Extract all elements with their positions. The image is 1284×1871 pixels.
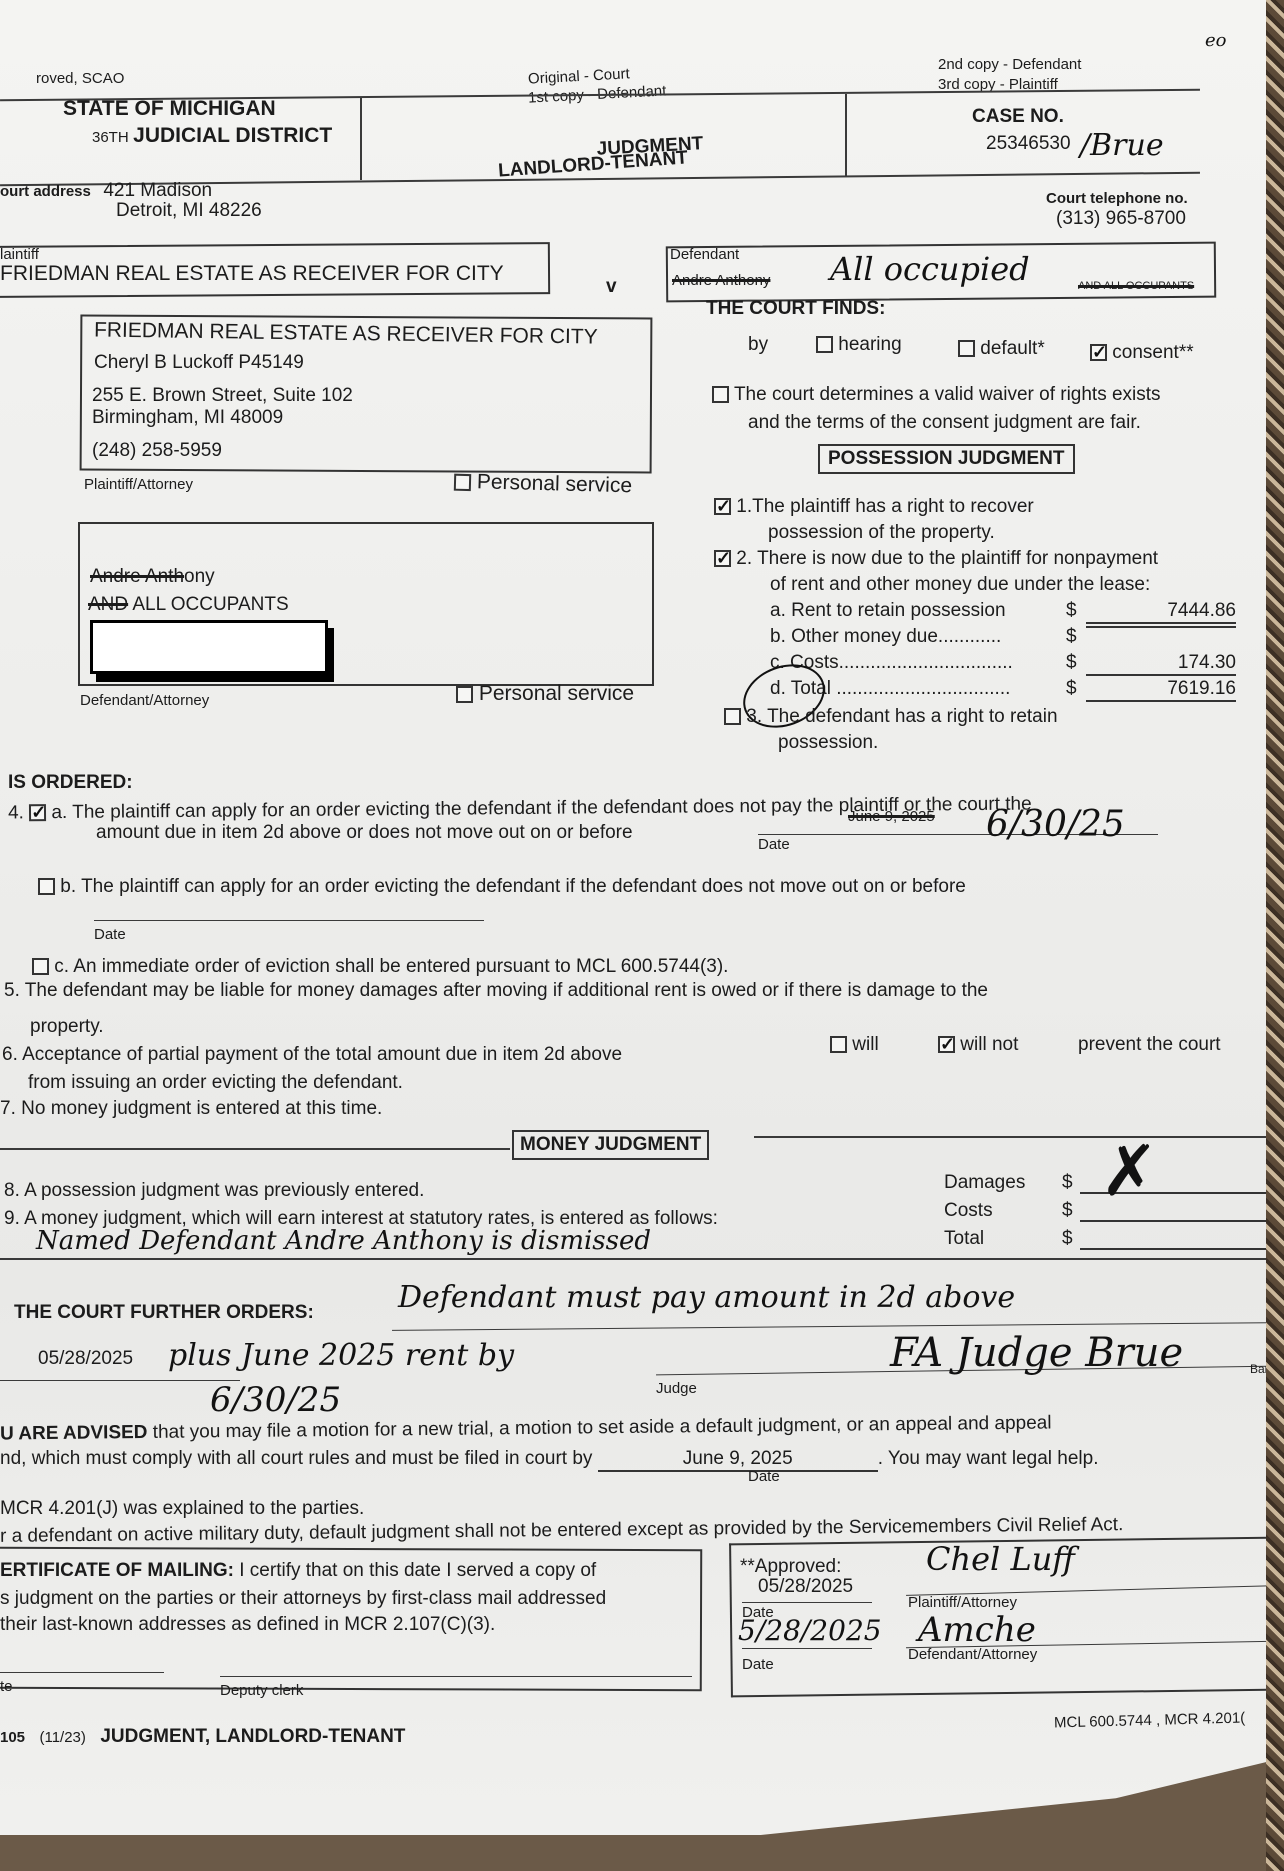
case-no-label: CASE NO.	[972, 106, 1064, 128]
money-currency: $	[1062, 1228, 1073, 1250]
item6-will-not[interactable]: will not	[938, 1034, 1018, 1056]
advisory-date-label: Date	[748, 1468, 780, 1485]
plaintiff-name: FRIEDMAN REAL ESTATE AS RECEIVER FOR CIT…	[0, 262, 504, 286]
strike-x-mark: ✗	[1100, 1130, 1159, 1212]
money-rule-left	[0, 1148, 510, 1150]
approval-date-line-2	[742, 1648, 872, 1649]
defendant-attorney-name-struck: Andre Anth	[90, 566, 184, 587]
amount-row: b. Other money due............$	[770, 626, 1240, 652]
deputy-clerk-line	[220, 1676, 692, 1677]
judge-signature: FA Judge Brue	[890, 1330, 1183, 1376]
amount-value: 7444.86	[1086, 600, 1236, 624]
possession-item1[interactable]: 1.The plaintiff has a right to recover	[714, 496, 1034, 518]
amounts-due-list: a. Rent to retain possession$7444.86b. O…	[770, 600, 1240, 704]
corner-mark: eo	[1205, 30, 1227, 51]
order-item5-line2: property.	[30, 1016, 104, 1038]
will-checkbox[interactable]	[830, 1036, 847, 1053]
advisory-deadline: June 9, 2025	[598, 1448, 878, 1472]
court-form-page: roved, SCAO Original - Court 1st copy - …	[0, 0, 1268, 1835]
amount-currency: $	[1066, 652, 1077, 674]
header-divider-1	[360, 98, 362, 180]
court-address-label: ourt address	[0, 183, 91, 200]
money-bottom-rule	[0, 1258, 1272, 1260]
item6-will[interactable]: will	[830, 1034, 879, 1056]
amount-label: a. Rent to retain possession	[770, 600, 1006, 621]
court-phone-label: Court telephone no.	[1046, 190, 1188, 207]
court-address-line2: Detroit, MI 48226	[116, 200, 262, 222]
defendant-attorney-and-struck: AND	[88, 594, 128, 615]
order-item7: 7. No money judgment is entered at this …	[0, 1098, 382, 1120]
versus: v	[606, 276, 617, 298]
amount-row: a. Rent to retain possession$7444.86	[770, 600, 1240, 626]
deputy-clerk-label: Deputy clerk	[220, 1682, 303, 1699]
hearing-checkbox[interactable]	[816, 336, 833, 353]
money-currency: $	[1062, 1172, 1073, 1194]
item6-tail: prevent the court	[1078, 1034, 1221, 1056]
item4a-date-handwritten: 6/30/25	[986, 804, 1125, 845]
defendant-attorney-signature: Amche	[918, 1610, 1036, 1650]
plaintiff-attorney-label: Plaintiff/Attorney	[84, 476, 193, 493]
finding-consent[interactable]: consent**	[1090, 342, 1194, 364]
waiver-finding[interactable]: The court determines a valid waiver of r…	[712, 384, 1161, 406]
possession-judgment-title: POSSESSION JUDGMENT	[818, 444, 1075, 474]
item4a-date-label: Date	[758, 836, 790, 853]
defendant-attorney-name-rest: ony	[184, 566, 215, 587]
money-row: Total$	[944, 1228, 1274, 1256]
plaintiff-attorney-phone: (248) 258-5959	[92, 440, 222, 462]
advisory-line-2: nd, which must comply with all court rul…	[0, 1448, 1098, 1472]
plaintiff-attorney-signature: Chel Luff	[926, 1540, 1075, 1578]
item2-checkbox[interactable]	[714, 550, 731, 567]
amount-value	[1086, 626, 1236, 628]
defendant-label: Defendant	[670, 246, 739, 263]
item3-checkbox[interactable]	[724, 708, 741, 725]
money-item8: 8. A possession judgment was previously …	[4, 1180, 424, 1202]
redaction-block	[90, 620, 328, 674]
footer-title: JUDGMENT, LANDLORD-TENANT	[100, 1726, 405, 1747]
approval-date-2: 5/28/2025	[738, 1614, 882, 1647]
district-prefix: 36TH	[92, 129, 129, 146]
defendant-name: Andre Anthony	[672, 272, 770, 289]
amount-value: 7619.16	[1086, 678, 1236, 702]
order-item6: 6. Acceptance of partial payment of the …	[2, 1044, 622, 1066]
order-item4b[interactable]: b. The plaintiff can apply for an order …	[38, 876, 966, 898]
will-not-checkbox[interactable]	[938, 1036, 955, 1053]
amount-row: c. Costs................................…	[770, 652, 1240, 678]
amount-row: d. Total ...............................…	[770, 678, 1240, 704]
certificate-date-label: te	[0, 1678, 13, 1695]
plaintiff-label: laintiff	[0, 246, 39, 263]
ordered-title: IS ORDERED:	[8, 772, 133, 794]
approval-date-line-1	[742, 1602, 872, 1603]
defendant-attorney-sig-label: Defendant/Attorney	[908, 1646, 1037, 1663]
order-item5: 5. The defendant may be liable for money…	[4, 980, 988, 1002]
dismissal-note: Named Defendant Andre Anthony is dismiss…	[36, 1226, 651, 1256]
certificate-line-3: their last-known addresses as defined in…	[0, 1614, 495, 1636]
certificate-line-2: s judgment on the parties or their attor…	[0, 1588, 606, 1610]
approved-label: **Approved:	[740, 1556, 841, 1578]
item4a-date-typed: June 9, 2025	[848, 808, 935, 825]
plaintiff-attorney-sig-label: Plaintiff/Attorney	[908, 1594, 1017, 1611]
further-orders-date-line	[0, 1380, 240, 1381]
amount-label: b. Other money due............	[770, 626, 1001, 647]
possession-item1-line2: possession of the property.	[768, 522, 995, 544]
money-label: Total	[944, 1228, 984, 1249]
amount-value: 174.30	[1086, 652, 1236, 676]
possession-item3[interactable]: 3. The defendant has a right to retain	[724, 706, 1058, 728]
order-item4a-line2: amount due in item 2d above or does not …	[96, 822, 633, 844]
money-judgment-title: MONEY JUDGMENT	[512, 1130, 709, 1160]
possession-item2-line2: of rent and other money due under the le…	[770, 574, 1150, 596]
footer-citation: MCL 600.5744 , MCR 4.201(	[1054, 1710, 1246, 1732]
waiver-text-2: and the terms of the consent judgment ar…	[748, 412, 1141, 434]
plaintiff-attorney-address2: Birmingham, MI 48009	[92, 407, 283, 429]
background-carpet	[1266, 0, 1284, 1871]
certificate-date-line	[0, 1672, 164, 1673]
header-divider-2	[845, 94, 847, 176]
possession-item2[interactable]: 2. There is now due to the plaintiff for…	[714, 548, 1158, 570]
item1-checkbox[interactable]	[714, 498, 731, 515]
defendant-personal-service[interactable]: Personal service	[456, 682, 634, 706]
defendant-handwritten: All occupied	[830, 250, 1030, 288]
consent-checkbox[interactable]	[1090, 344, 1107, 361]
certificate-line-1: ERTIFICATE OF MAILING: I certify that on…	[0, 1560, 596, 1582]
defendant-attorney-occupants: ALL OCCUPANTS	[128, 594, 289, 615]
approval-date-1: 05/28/2025	[758, 1576, 853, 1598]
approval-date-label-2: Date	[742, 1656, 774, 1673]
mcr-explained: MCR 4.201(J) was explained to the partie…	[0, 1498, 364, 1520]
order-item4c[interactable]: c. An immediate order of eviction shall …	[32, 956, 728, 978]
finding-hearing[interactable]: hearing	[816, 334, 902, 356]
judge-label: Judge	[656, 1380, 697, 1397]
state-name: STATE OF MICHIGAN	[63, 97, 276, 121]
item4c-checkbox[interactable]	[32, 958, 49, 975]
defendant-attorney-label: Defendant/Attorney	[80, 692, 209, 709]
amount-currency: $	[1066, 678, 1077, 700]
possession-item3-line2: possession.	[778, 732, 878, 754]
order-item6-line2: from issuing an order evicting the defen…	[28, 1072, 403, 1094]
money-label: Damages	[944, 1172, 1025, 1193]
item4a-checkbox[interactable]	[29, 805, 46, 822]
further-orders-handwritten-2: plus June 2025 rent by	[168, 1338, 514, 1373]
default-checkbox[interactable]	[958, 340, 975, 357]
further-orders-handwritten-3: 6/30/25	[210, 1380, 341, 1420]
defendant-suffix: AND ALL OCCUPANTS	[1078, 280, 1194, 292]
money-label: Costs	[944, 1200, 993, 1221]
case-no: 25346530	[986, 133, 1071, 155]
further-orders-date: 05/28/2025	[38, 1348, 133, 1370]
court-address-line1: 421 Madison	[103, 180, 212, 201]
further-orders-label: THE COURT FURTHER ORDERS:	[14, 1302, 314, 1324]
item4b-checkbox[interactable]	[38, 878, 55, 895]
defendant-personal-service-checkbox[interactable]	[456, 686, 473, 703]
amount-currency: $	[1066, 626, 1077, 648]
money-value	[1080, 1228, 1266, 1250]
finding-default[interactable]: default*	[958, 338, 1045, 360]
plaintiff-attorney-name: Cheryl B Luckoff P45149	[94, 352, 304, 374]
plaintiff-personal-service-checkbox[interactable]	[454, 474, 471, 491]
court-phone: (313) 965-8700	[1056, 208, 1186, 230]
waiver-checkbox[interactable]	[712, 386, 729, 403]
case-no-handwritten: /Brue	[1080, 128, 1164, 163]
copy-second: 2nd copy - Defendant	[938, 56, 1081, 73]
money-rule-right	[754, 1136, 1274, 1138]
item4b-date-label: Date	[94, 926, 126, 943]
plaintiff-attorney-address1: 255 E. Brown Street, Suite 102	[92, 385, 353, 407]
district-name: JUDICIAL DISTRICT	[133, 124, 332, 147]
money-currency: $	[1062, 1200, 1073, 1222]
further-orders-handwritten-1: Defendant must pay amount in 2d above	[398, 1280, 1015, 1315]
plaintiff-personal-service[interactable]: Personal service	[454, 470, 633, 499]
item4b-date-line	[94, 920, 484, 921]
findings-by: by	[748, 334, 768, 356]
approval-note: roved, SCAO	[36, 70, 124, 87]
footer-form-id: 105 (11/23) JUDGMENT, LANDLORD-TENANT	[0, 1726, 405, 1748]
amount-currency: $	[1066, 600, 1077, 622]
advisory-line-1: U ARE ADVISED that you may file a motion…	[0, 1412, 1052, 1445]
court-finds-title: THE COURT FINDS:	[706, 298, 885, 320]
